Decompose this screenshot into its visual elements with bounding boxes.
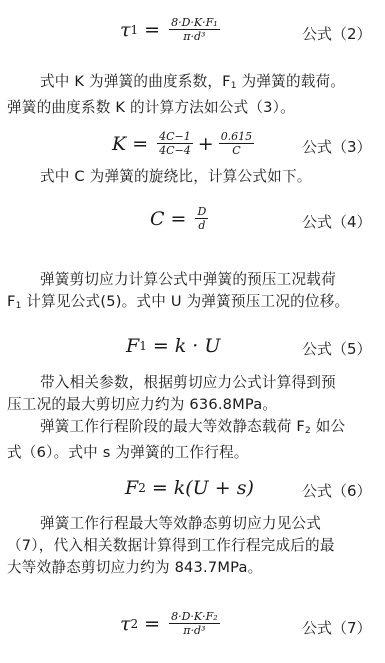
paragraph-spring-index: 式中 C 为弹簧的旋绕比，计算公式如下。 — [7, 166, 379, 188]
equation-4-expression: C = Dd — [150, 205, 211, 232]
equation-7-expression: τ2 = 8·D·K·F₂π·d³ — [120, 610, 223, 637]
equation-4: C = Dd 公式（4） — [0, 201, 385, 241]
equation-4-label: 公式（4） — [302, 211, 372, 232]
equation-3-expression: K = 4C−14C−4 + 0.615C — [112, 130, 257, 157]
equation-2-label: 公式（2） — [302, 23, 372, 44]
equation-5-expression: F1 = k · U — [126, 335, 220, 357]
equation-3: K = 4C−14C−4 + 0.615C 公式（3） — [0, 128, 385, 168]
equation-6-label: 公式（6） — [302, 480, 372, 501]
paragraph-working-stress-result: 弹簧工作行程最大等效静态剪切应力见公式 （7），代入相关数据计算得到工作行程完成… — [7, 513, 379, 579]
equation-7-label: 公式（7） — [302, 617, 372, 638]
equation-5: F1 = k · U 公式（5） — [0, 333, 385, 373]
equation-5-label: 公式（5） — [302, 338, 372, 359]
paragraph-preload-load: 弹簧剪切应力计算公式中弹簧的预压工况载荷 F1 计算见公式(5)。式中 U 为弹… — [7, 269, 379, 317]
paragraph-preload-stress-result: 带入相关参数，根据剪切应力公式计算得到预 压工况的最大剪切应力约为 636.8M… — [7, 372, 379, 416]
equation-7: τ2 = 8·D·K·F₂π·d³ 公式（7） — [0, 608, 385, 648]
equation-2-expression: τ1 = 8·D·K·F₁π·d³ — [120, 16, 223, 43]
paragraph-curvature-coefficient: 式中 K 为弹簧的曲度系数，F1 为弹簧的载荷。 弹簧的曲度系数 K 的计算方法… — [7, 71, 379, 119]
equation-3-label: 公式（3） — [302, 136, 372, 157]
equation-2: τ1 = 8·D·K·F₁π·d³ 公式（2） — [0, 14, 385, 54]
paragraph-working-load: 弹簧工作行程阶段的最大等效静态载荷 F2 如公 式（6）。式中 s 为弹簧的工作… — [7, 416, 379, 464]
equation-6-expression: F2 = k(U + s) — [125, 477, 254, 499]
equation-6: F2 = k(U + s) 公式（6） — [0, 475, 385, 515]
